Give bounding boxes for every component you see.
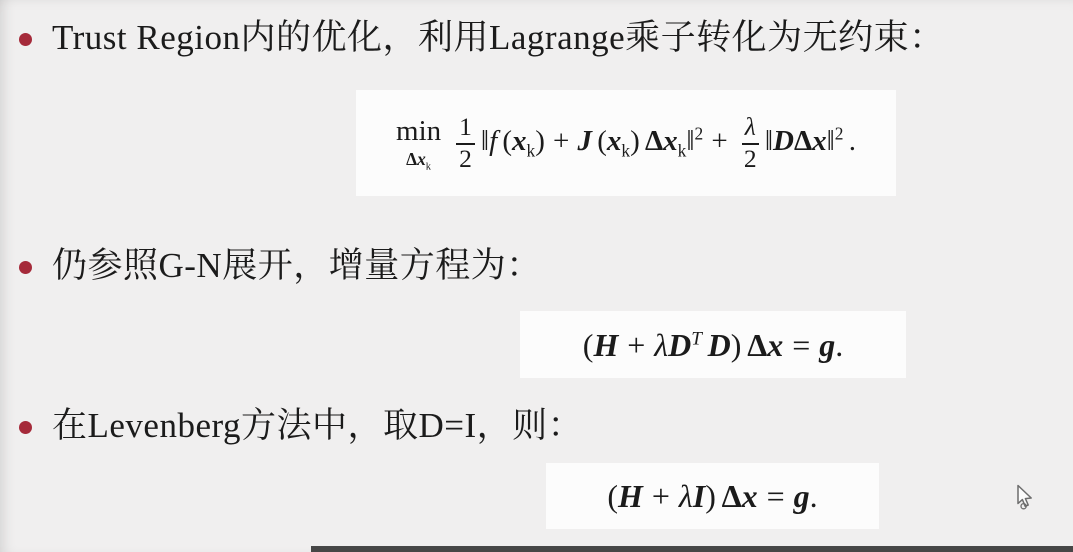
formula-levenberg-equation: (H+λI)Δx=g.: [546, 463, 879, 529]
formula-1-math: minΔxk12‖f(xk)+J(xk)Δxk‖2+λ2‖DΔx‖2.: [396, 114, 856, 173]
bullet-dot-icon: [19, 261, 32, 274]
bullet-text-trust-region: Trust Region内的优化，利用Lagrange乘子转化为无约束：: [52, 16, 945, 60]
bullet-item-gn-expansion: 仍参照G-N展开，增量方程为：: [14, 244, 542, 288]
formula-increment-equation: (H+λDTD)Δx=g.: [520, 311, 906, 378]
fraction-one-half: 12: [456, 114, 475, 173]
bullet-text-levenberg: 在Levenberg方法中，取D=I，则：: [52, 404, 583, 448]
formula-2-math: (H+λDTD)Δx=g.: [583, 329, 843, 361]
mouse-cursor-icon: [1014, 484, 1036, 516]
fraction-lambda-half: λ2: [742, 114, 759, 173]
bullet-item-trust-region: Trust Region内的优化，利用Lagrange乘子转化为无约束：: [14, 16, 945, 60]
bullet-dot-icon: [19, 421, 32, 434]
bullet-dot-icon: [19, 33, 32, 46]
formula-trust-region-objective: minΔxk12‖f(xk)+J(xk)Δxk‖2+λ2‖DΔx‖2.: [356, 90, 896, 196]
bullet-item-levenberg: 在Levenberg方法中，取D=I，则：: [14, 404, 583, 448]
lecture-slide: Trust Region内的优化，利用Lagrange乘子转化为无约束： min…: [0, 0, 1073, 552]
min-operator: minΔxk: [396, 117, 441, 168]
bottom-letterbox-bar: [311, 546, 1073, 552]
formula-3-math: (H+λI)Δx=g.: [607, 480, 817, 512]
bullet-text-gn-expansion: 仍参照G-N展开，增量方程为：: [52, 244, 542, 288]
